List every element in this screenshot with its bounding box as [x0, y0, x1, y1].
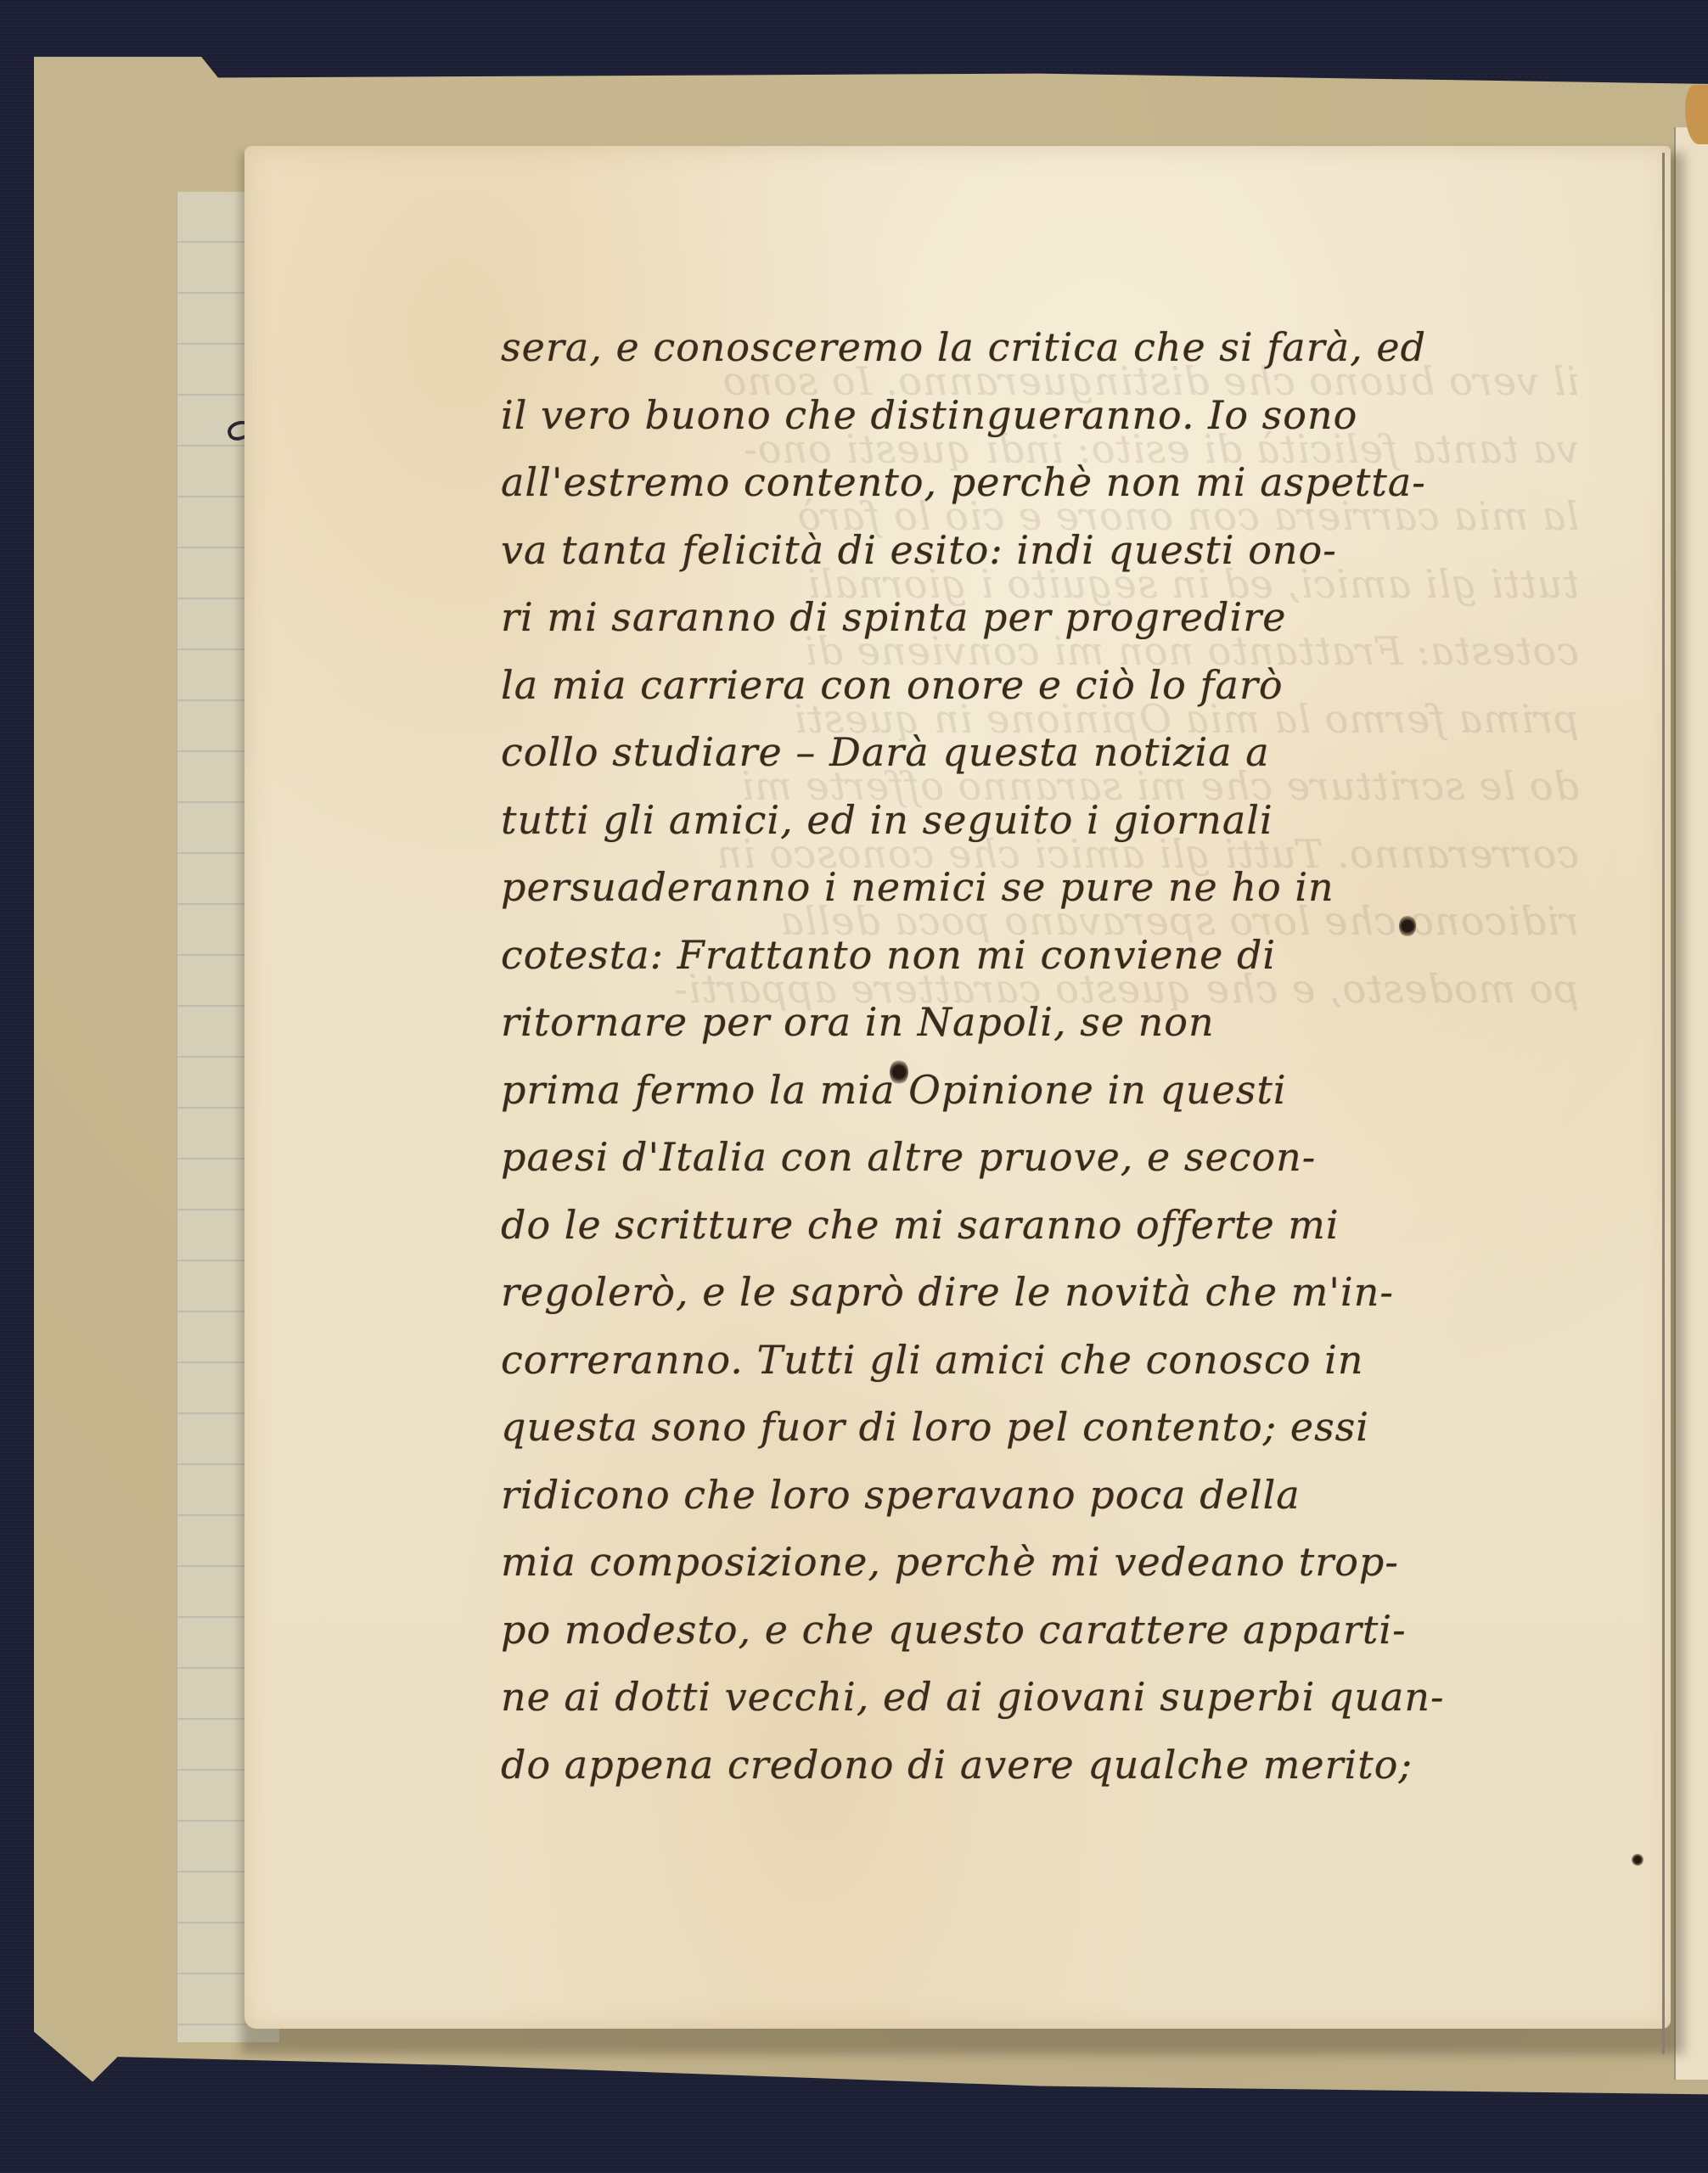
text-line-19: mia composizione, perchè mi vedeano trop… [501, 1529, 1638, 1597]
text-line-3: all'estremo contento, perchè non mi aspe… [501, 449, 1638, 517]
text-line-14: do le scritture che mi saranno offerte m… [501, 1192, 1638, 1260]
text-line-8: tutti gli amici, ed in seguito i giornal… [501, 787, 1638, 855]
text-line-5: ri mi saranno di spinta per progredire [501, 584, 1638, 652]
text-line-7: collo studiare – Darà questa notizia a [501, 719, 1638, 787]
text-line-15: regolerò, e le saprò dire le novità che … [501, 1259, 1638, 1327]
text-line-10: cotesta: Frattanto non mi conviene di [501, 922, 1638, 990]
ink-blot [890, 1059, 908, 1085]
ink-blot [1399, 915, 1416, 937]
text-line-13: paesi d'Italia con altre pruove, e secon… [501, 1124, 1638, 1192]
text-line-20: po modesto, e che questo carattere appar… [501, 1597, 1638, 1665]
text-line-18: ridicono che loro speravano poca della [501, 1462, 1638, 1530]
text-line-16: correranno. Tutti gli amici che conosco … [501, 1327, 1638, 1395]
text-line-6: la mia carriera con onore e ciò lo farò [501, 652, 1638, 720]
text-line-22: do appena credono di avere qualche merit… [501, 1732, 1638, 1800]
text-line-1: sera, e conosceremo la critica che si fa… [501, 314, 1638, 382]
binding-gutter-line [1662, 153, 1665, 2054]
text-line-17: questa sono fuor di loro pel contento; e… [501, 1394, 1638, 1462]
handwritten-text: sera, e conosceremo la critica che si fa… [501, 314, 1638, 1799]
ink-blot [1632, 1854, 1643, 1866]
text-line-21: ne ai dotti vecchi, ed ai giovani superb… [501, 1664, 1638, 1732]
text-line-4: va tanta felicità di esito: indi questi … [501, 517, 1638, 585]
text-line-12: prima fermo la mia Opinione in questi [501, 1057, 1638, 1125]
text-line-11: ritornare per ora in Napoli, se non [501, 989, 1638, 1057]
text-line-2: il vero buono che distingueranno. Io son… [501, 382, 1638, 450]
text-line-9: persuaderanno i nemici se pure ne ho in [501, 854, 1638, 922]
